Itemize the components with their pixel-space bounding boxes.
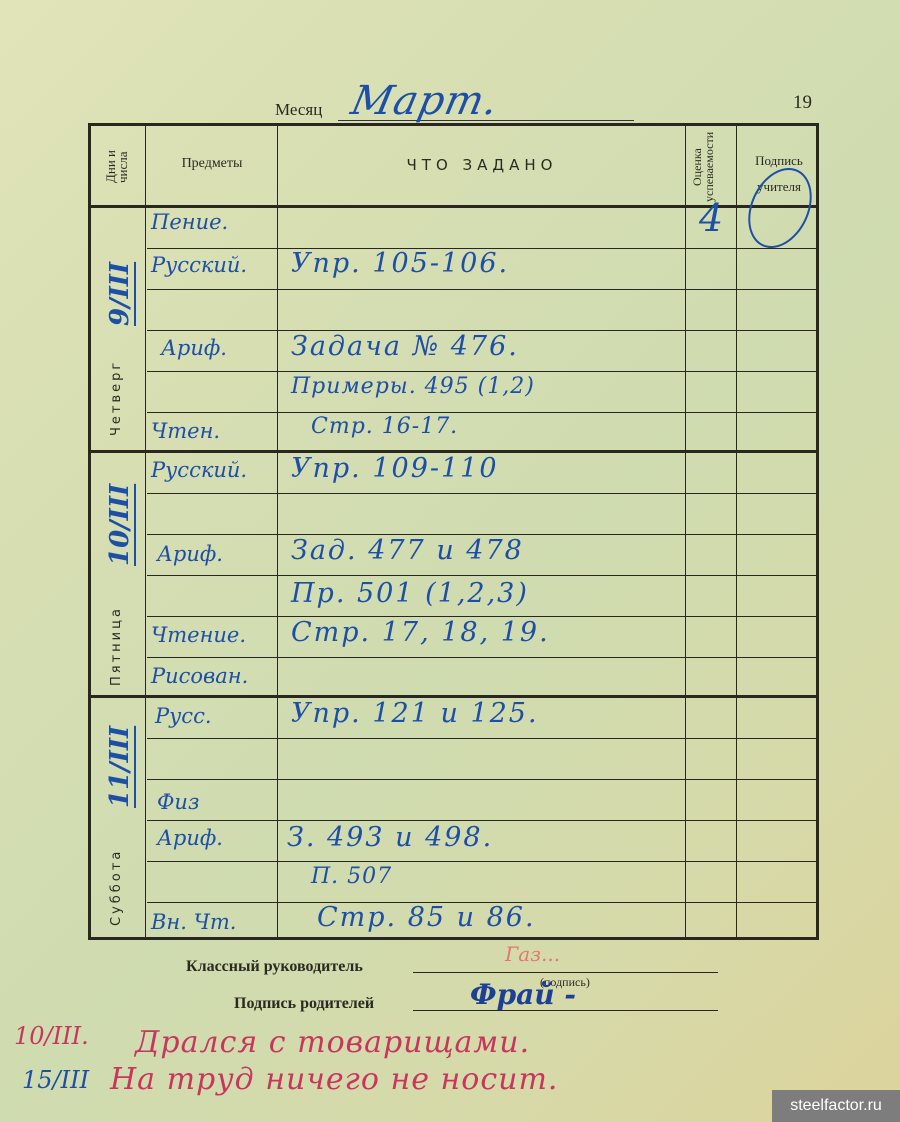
grade: 4 xyxy=(699,196,723,240)
header-days: Дни и числа xyxy=(105,134,135,200)
task: П. 507 xyxy=(311,864,392,889)
task: Упр. 109-110 xyxy=(291,453,499,484)
subject: Русский. xyxy=(151,458,247,482)
subject: Ариф. xyxy=(157,542,223,566)
remark-text: Дрался с товарищами. xyxy=(135,1025,530,1060)
task: Зад. 477 и 478 xyxy=(291,535,524,566)
col-divider-days xyxy=(145,126,146,937)
remark-date: 15/III xyxy=(22,1066,89,1094)
header-assigned: ЧТО ЗАДАНО xyxy=(279,156,685,174)
task: Стр. 17, 18, 19. xyxy=(291,617,550,648)
subject: Чтен. xyxy=(151,419,220,443)
weekday-label: Пятница xyxy=(109,566,124,686)
class-teacher-signature: Газ... xyxy=(505,942,560,966)
weekday-label: Четверг xyxy=(109,326,124,436)
parents-label: Подпись родителей xyxy=(234,995,374,1013)
weekday-label: Суббота xyxy=(109,816,124,926)
task: З. 493 и 498. xyxy=(287,822,493,853)
subject: Физ xyxy=(157,790,199,814)
subject: Пение. xyxy=(151,210,228,234)
task: Примеры. 495 (1,2) xyxy=(291,374,535,399)
day-date: 10/III xyxy=(105,466,135,566)
task: Упр. 121 и 125. xyxy=(291,698,539,729)
subject: Ариф. xyxy=(157,826,223,850)
task: Задача № 476. xyxy=(291,331,519,362)
subject: Русс. xyxy=(155,704,212,728)
header-grade: Оценка успеваемости xyxy=(691,132,733,202)
page-number: 19 xyxy=(793,92,812,114)
task: Стр. 16-17. xyxy=(311,414,458,439)
subject: Вн. Чт. xyxy=(151,910,236,934)
header-subjects: Предметы xyxy=(147,156,277,172)
watermark: steelfactor.ru xyxy=(772,1090,900,1122)
task: Стр. 85 и 86. xyxy=(317,902,536,933)
subject: Рисован. xyxy=(151,664,248,688)
task: Упр. 105-106. xyxy=(291,248,509,279)
homework-table: Дни и числа Предметы ЧТО ЗАДАНО Оценка у… xyxy=(88,123,819,940)
parents-signature: Фрай - xyxy=(470,978,576,1011)
task: Пр. 501 (1,2,3) xyxy=(291,578,529,609)
month-label: Месяц xyxy=(275,100,322,120)
subject: Русский. xyxy=(151,253,247,277)
class-teacher-label: Классный руководитель xyxy=(186,958,363,976)
month-value: Март. xyxy=(347,78,503,124)
subject: Ариф. xyxy=(161,336,227,360)
day-date: 9/III xyxy=(105,226,135,326)
remark-date: 10/III. xyxy=(14,1022,89,1050)
day-date: 11/III xyxy=(105,708,135,808)
subject: Чтение. xyxy=(151,623,246,647)
class-teacher-line xyxy=(413,972,718,973)
remark-text: На труд ничего не носит. xyxy=(110,1062,558,1097)
